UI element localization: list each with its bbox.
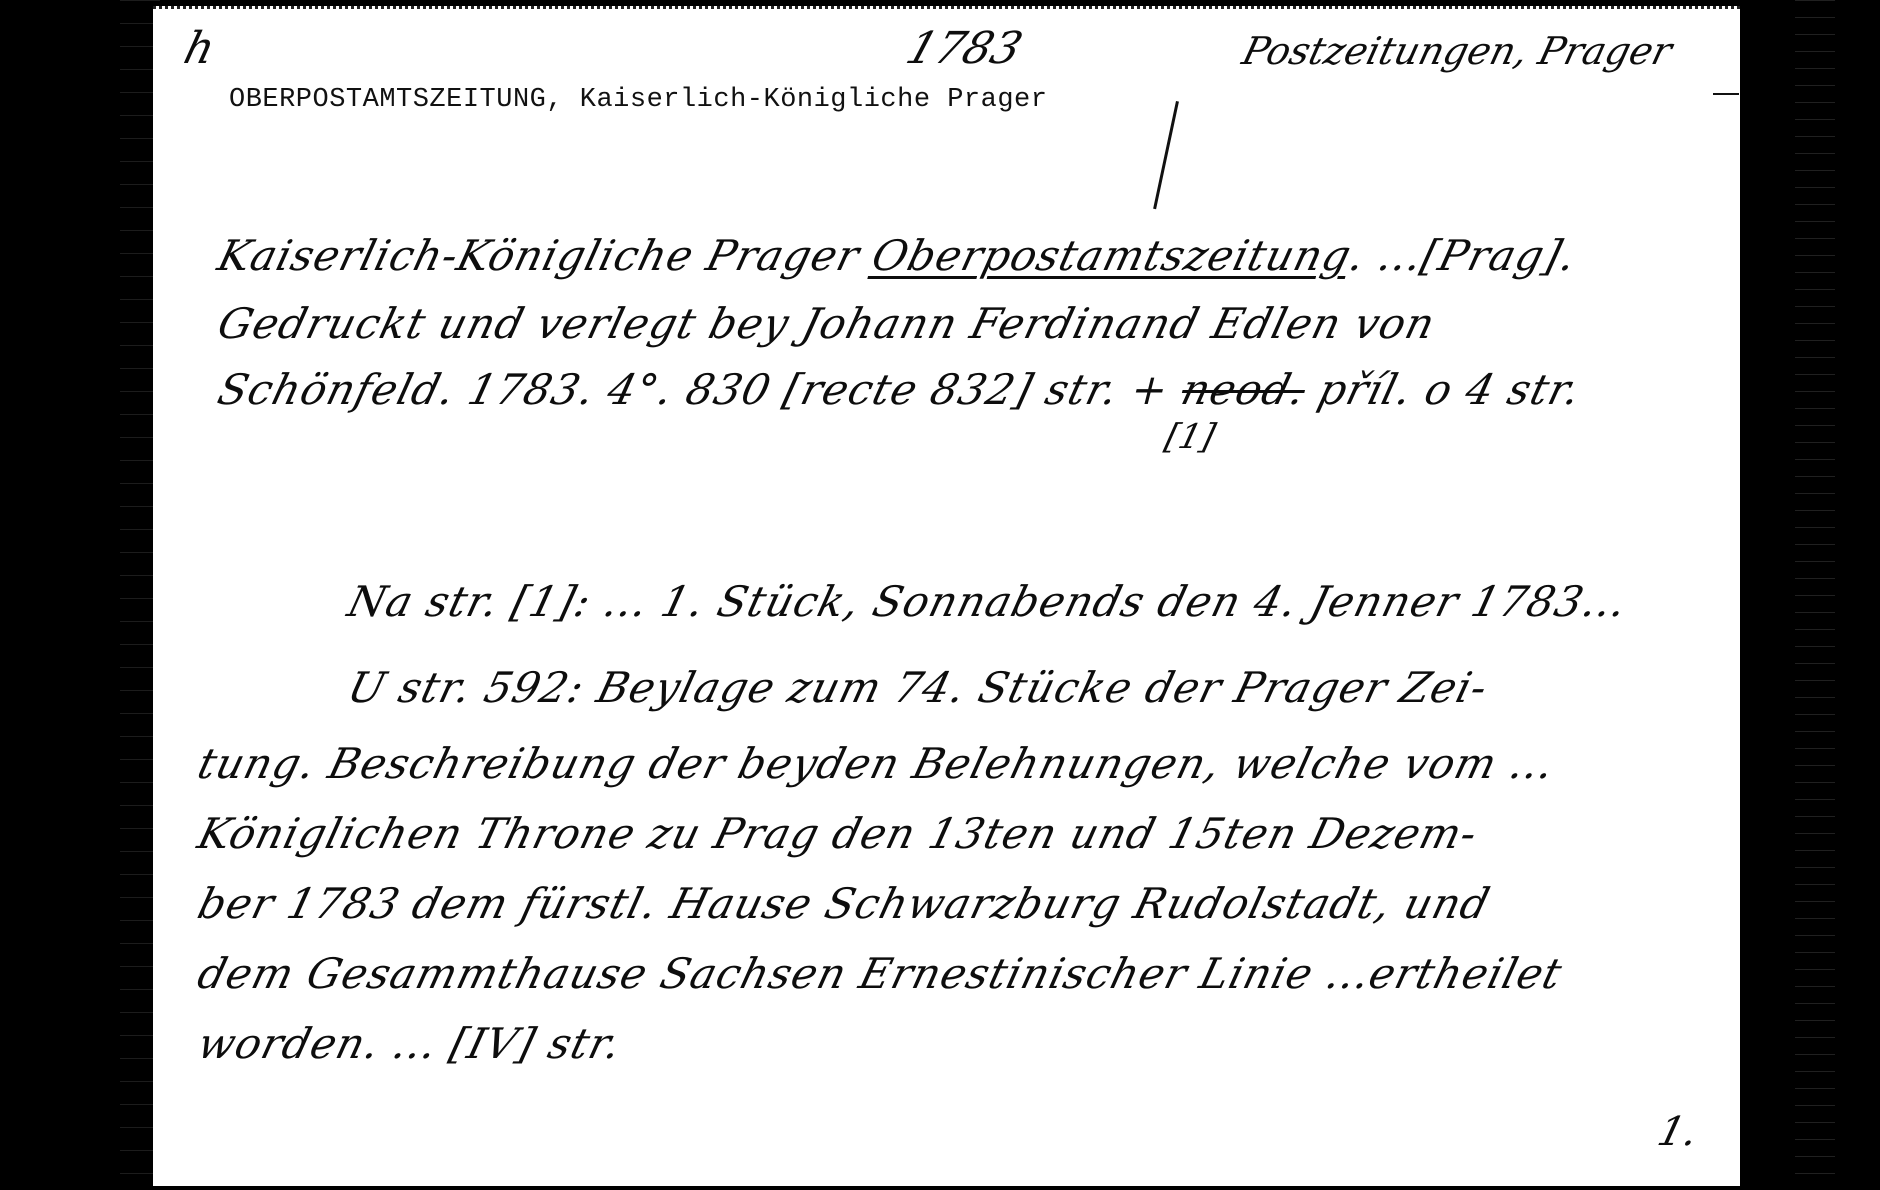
typed-heading-main: OBERPOSTAMTSZEITUNG, xyxy=(229,85,563,115)
scan-viewer: h 1783 Postzeitungen, Prager OBERPOSTAMT… xyxy=(0,0,1880,1190)
typed-heading-rest: Kaiserlich-Königliche Prager xyxy=(580,85,1048,115)
imprint-text: Schönfeld. 1783. 4°. 830 [recte 832] str… xyxy=(213,365,1174,414)
subject-heading: Postzeitungen, Prager xyxy=(1238,29,1676,73)
title-prefix: Kaiserlich-Königliche Prager xyxy=(213,231,865,280)
struck-text: neod. xyxy=(1177,365,1312,414)
note-line-1: Na str. [1]: ... 1. Stück, Sonnabends de… xyxy=(343,577,1633,626)
pencil-slash-mark xyxy=(1153,101,1179,209)
note-line-4: Königlichen Throne zu Prag den 13ten und… xyxy=(193,809,1483,858)
note-line-2: U str. 592: Beylage zum 74. Stücke der P… xyxy=(343,663,1493,712)
scan-noise-right xyxy=(1795,0,1835,1190)
supplement-text: příl. o 4 str. xyxy=(1313,365,1586,414)
title-line-2: Gedruckt und verlegt bey Johann Ferdinan… xyxy=(213,299,1440,348)
title-suffix: . ...[Prag]. xyxy=(1345,231,1582,280)
card-number: 1. xyxy=(1653,1109,1703,1155)
inserted-page-ref: [1] xyxy=(1161,417,1219,457)
title-line-1: Kaiserlich-Königliche Prager Oberpostamt… xyxy=(213,231,1582,280)
corner-mark: h xyxy=(179,23,220,74)
year-header: 1783 xyxy=(900,23,1029,74)
note-line-7: worden. ... [IV] str. xyxy=(193,1019,627,1068)
typed-heading: OBERPOSTAMTSZEITUNG, Kaiserlich-Königlic… xyxy=(229,85,1047,115)
edge-tick xyxy=(1713,93,1739,95)
catalog-card: h 1783 Postzeitungen, Prager OBERPOSTAMT… xyxy=(153,6,1740,1186)
note-line-5: ber 1783 dem fürstl. Hause Schwarzburg R… xyxy=(193,879,1495,928)
title-line-3: Schönfeld. 1783. 4°. 830 [recte 832] str… xyxy=(213,365,1586,414)
title-main: Oberpostamtszeitung xyxy=(867,231,1357,280)
note-line-6: dem Gesammthause Sachsen Ernestinischer … xyxy=(193,949,1568,998)
note-line-3: tung. Beschreibung der beyden Belehnunge… xyxy=(193,739,1560,788)
